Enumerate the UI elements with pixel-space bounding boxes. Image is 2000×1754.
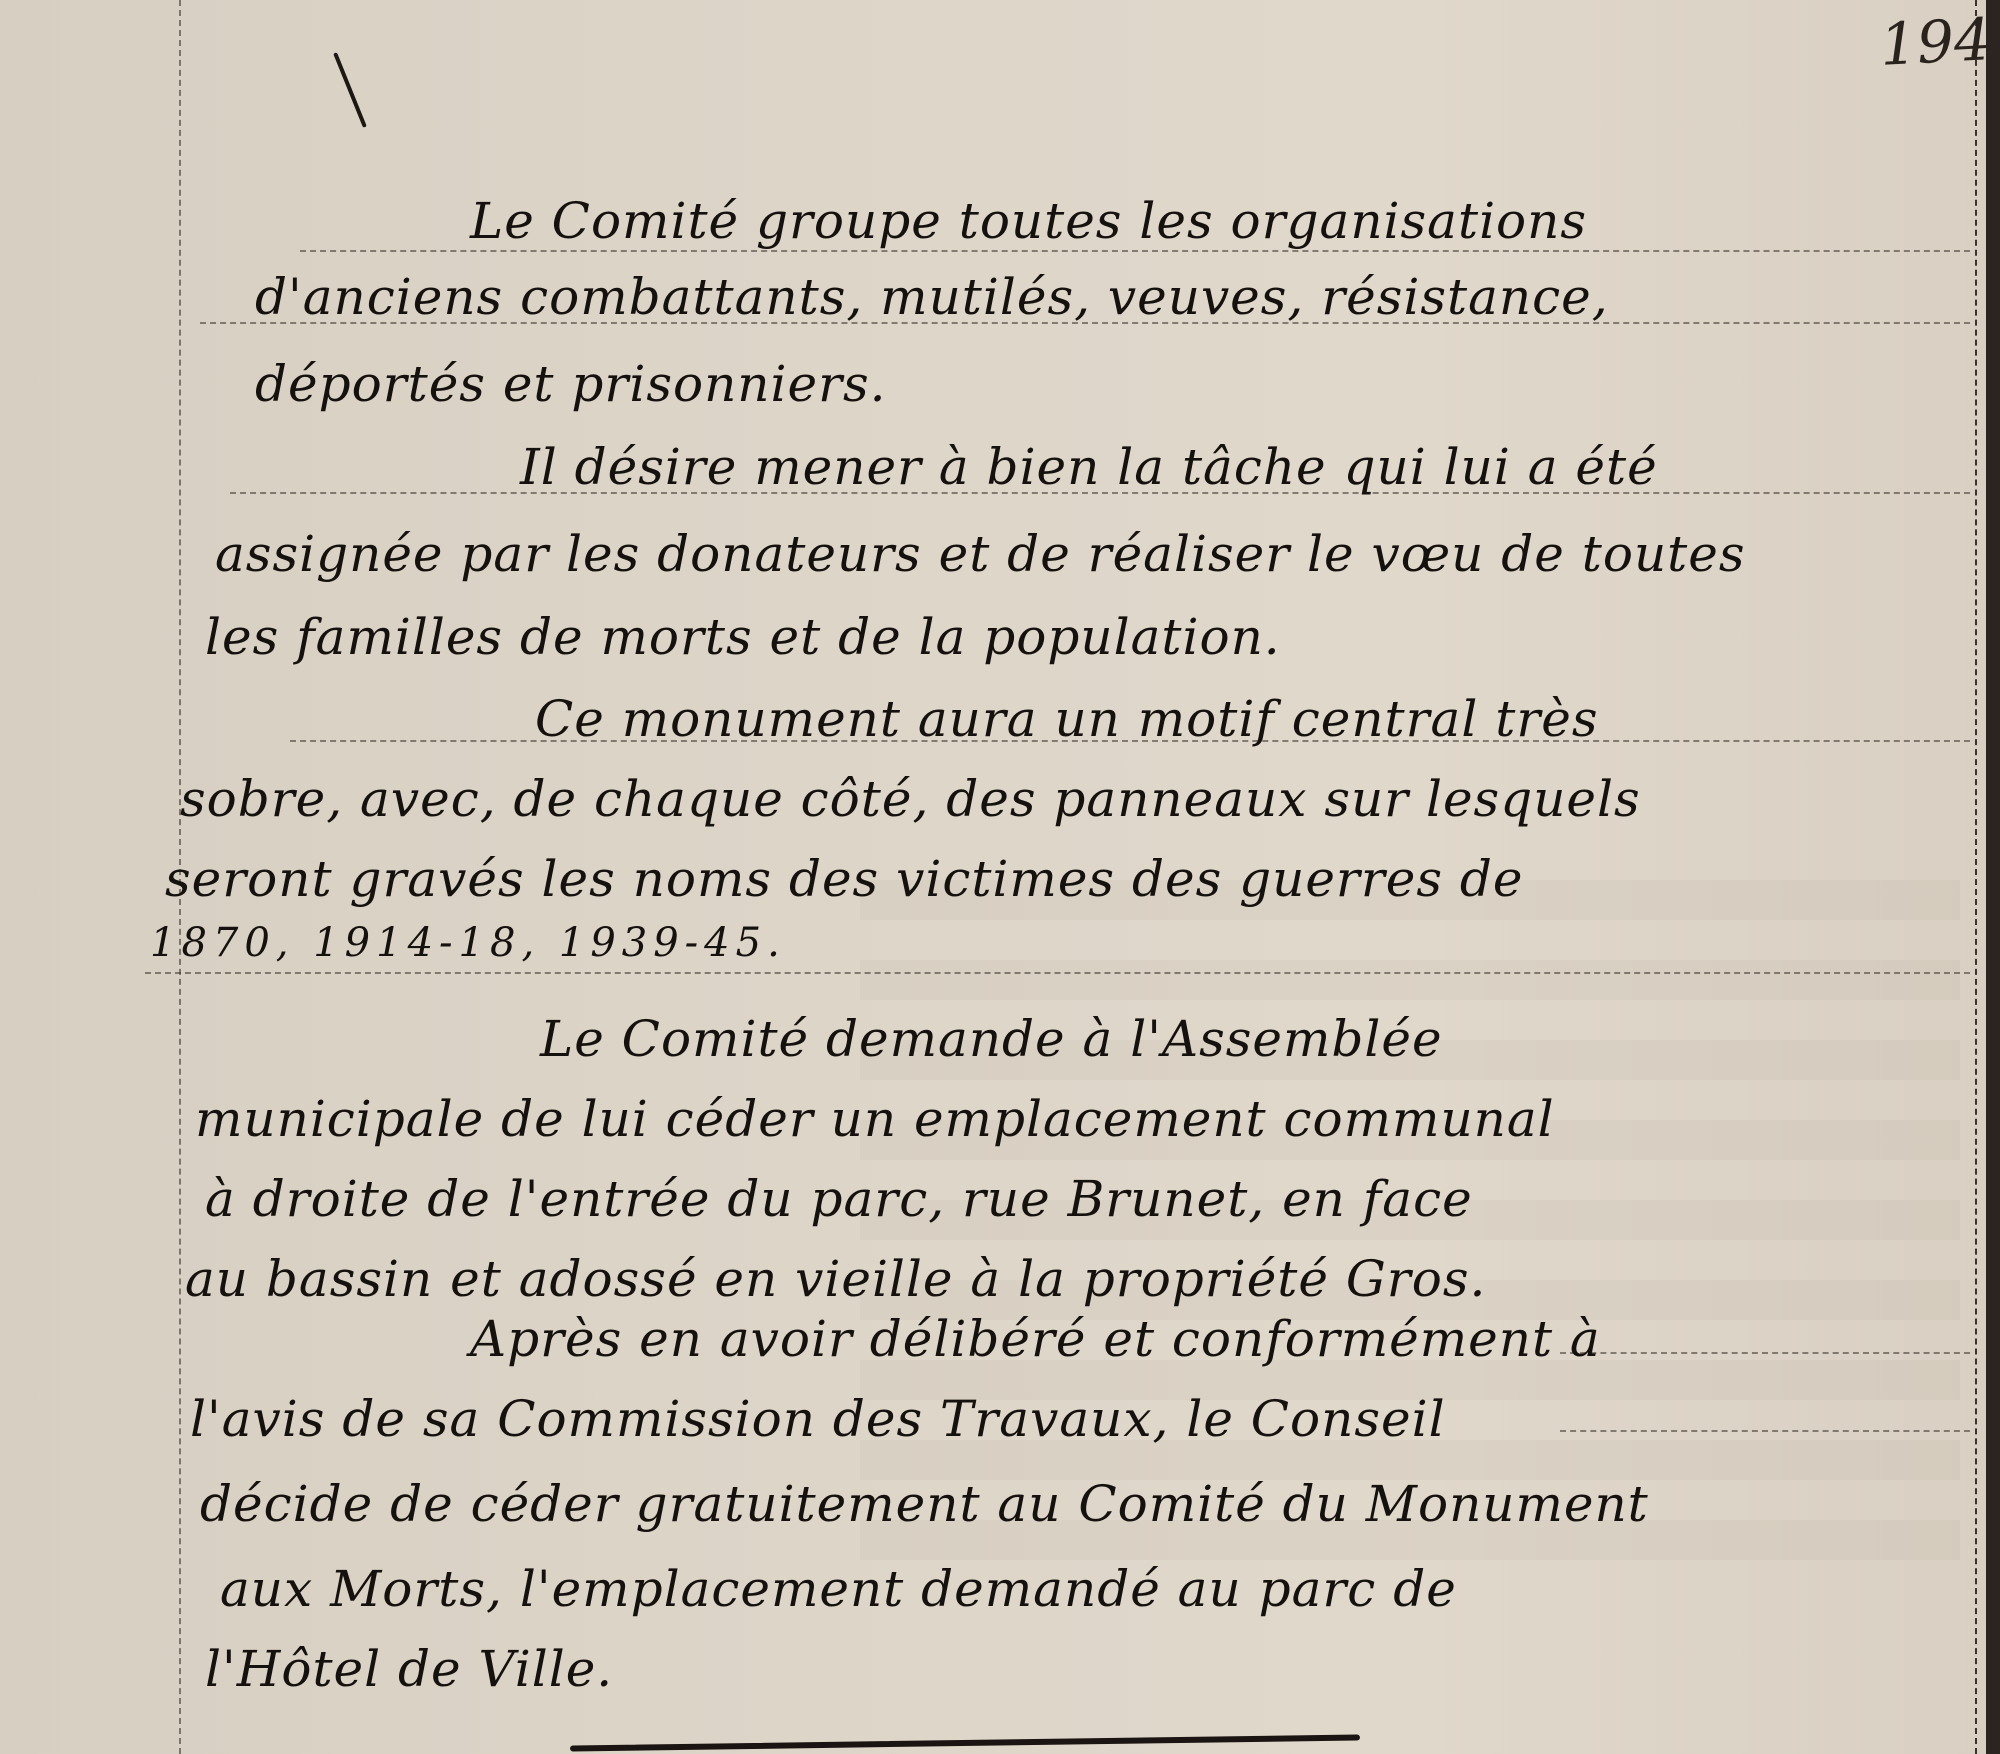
- text-line: Le Comité groupe toutes les organisation…: [470, 192, 1587, 250]
- closing-stroke: [570, 1734, 1360, 1751]
- text-line: aux Morts, l'emplacement demandé au parc…: [220, 1560, 1457, 1618]
- ruled-line: [300, 250, 1970, 252]
- text-line: l'avis de sa Commission des Travaux, le …: [190, 1390, 1446, 1448]
- text-line: Il désire mener à bien la tâche qui lui …: [520, 438, 1658, 496]
- page-number: 194: [1878, 5, 1992, 79]
- text-line: l'Hôtel de Ville.: [205, 1640, 613, 1698]
- ruled-line: [1560, 1352, 1970, 1354]
- text-line: déportés et prisonniers.: [255, 355, 887, 413]
- text-line: assignée par les donateurs et de réalise…: [215, 525, 1746, 583]
- scanned-page: 194 Le Comité groupe toutes les organisa…: [0, 0, 2000, 1754]
- right-margin-rule: [1975, 0, 1977, 1754]
- ruled-line: [145, 972, 1970, 974]
- text-line: municipale de lui céder un emplacement c…: [195, 1090, 1555, 1148]
- text-line: à droite de l'entrée du parc, rue Brunet…: [205, 1170, 1473, 1228]
- text-line: décide de céder gratuitement au Comité d…: [200, 1475, 1649, 1533]
- text-line: Le Comité demande à l'Assemblée: [540, 1010, 1443, 1068]
- text-line: d'anciens combattants, mutilés, veuves, …: [255, 268, 1609, 326]
- text-line: seront gravés les noms des victimes des …: [165, 850, 1523, 908]
- ruled-line: [1560, 1430, 1970, 1432]
- margin-mark: [333, 52, 367, 128]
- text-line: Après en avoir délibéré et conformément …: [470, 1310, 1601, 1368]
- text-line: les familles de morts et de la populatio…: [205, 608, 1281, 666]
- text-line: Ce monument aura un motif central très: [535, 690, 1599, 748]
- text-line: au bassin et adossé en vieille à la prop…: [185, 1250, 1486, 1308]
- text-line: 1870, 1914-18, 1939-45.: [150, 920, 786, 966]
- page-edge-shadow: [1986, 0, 2000, 1754]
- text-line: sobre, avec, de chaque côté, des panneau…: [180, 770, 1641, 828]
